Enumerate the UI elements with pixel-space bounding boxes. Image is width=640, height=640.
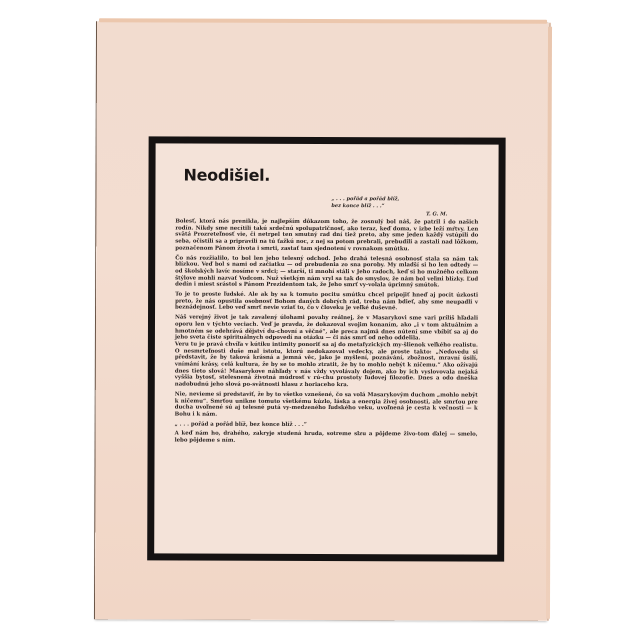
article-body: Bolesť, ktorá nás prenikla, je najlepším…	[175, 218, 479, 448]
paper-edge-top	[99, 18, 547, 24]
newspaper-page: Neodišiel. „ . . . pořád a pořád blíž, b…	[95, 21, 549, 621]
mourning-frame: Neodišiel. „ . . . pořád a pořád blíž, b…	[147, 136, 505, 561]
epigraph: „ . . . pořád a pořád blíž, bez konce bl…	[331, 196, 447, 218]
article-title: Neodišiel.	[183, 166, 270, 185]
quote-line: „ . . . pořád a pořád blíž, bez konce bl…	[175, 421, 478, 429]
paragraph: Náš verejný život je tak zavalený úloham…	[175, 315, 478, 343]
epigraph-line: „ . . . pořád a pořád blíž,	[331, 196, 399, 202]
paragraph: Čo nás rozžialilo, to bol len jeho teles…	[175, 255, 478, 290]
epigraph-signature: T. G. M.	[331, 211, 447, 218]
paragraph: A keď nám ho, drahého, zakryje studená h…	[175, 431, 478, 445]
paragraph: To je to proste ľudské. Ale ak by sa k t…	[175, 292, 478, 313]
paragraph: Veru tu je pravá chvíľa v kútiku intimit…	[175, 341, 478, 389]
paragraph: Nie, nevieme si predstaviť, že by to vše…	[175, 391, 478, 419]
paper-edge-right	[546, 27, 552, 619]
epigraph-line: bez konce blíž . . .“	[331, 203, 384, 209]
paragraph: Bolesť, ktorá nás prenikla, je najlepším…	[175, 218, 478, 253]
